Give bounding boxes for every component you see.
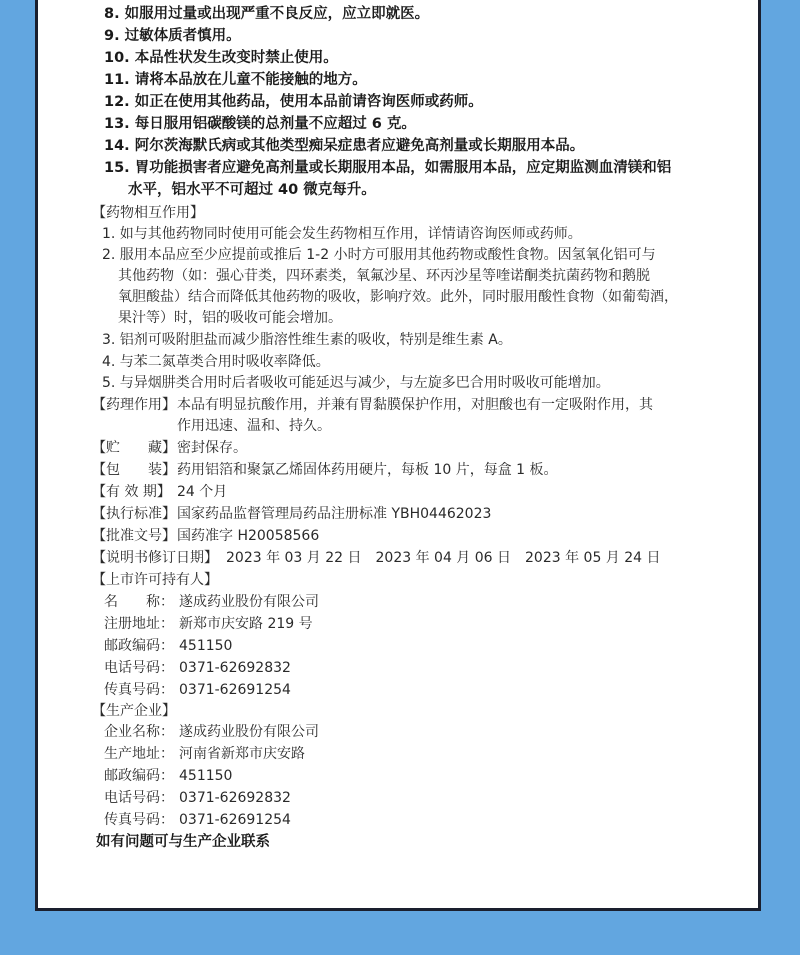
contact-note: 如有问题可与生产企业联系 [96,832,270,852]
holder-field-value: 遂成药业股份有限公司 [179,592,319,612]
precaution-item: 14. 阿尔茨海默氏病或其他类型痴呆症患者应避免高剂量或长期服用本品。 [104,136,584,156]
manufacturer-field-value: 河南省新郑市庆安路 [179,744,305,764]
label-storage: 【贮 藏】 [92,438,176,458]
precaution-item: 13. 每日服用铝碳酸镁的总剂量不应超过 6 克。 [104,114,416,134]
precaution-item: 10. 本品性状发生改变时禁止使用。 [104,48,338,68]
interaction-item: 3. 铝剂可吸附胆盐而减少脂溶性维生素的吸收，特别是维生素 A。 [102,330,512,350]
precaution-item: 11. 请将本品放在儿童不能接触的地方。 [104,70,367,90]
value-validity: 24 个月 [177,482,227,502]
holder-field-value: 新郑市庆安路 219 号 [179,614,313,634]
value-approval: 国药准字 H20058566 [177,526,319,546]
interaction-item: 5. 与异烟肼类合用时后者吸收可能延迟与减少，与左旋多巴合用时吸收可能增加。 [102,373,610,393]
label-approval: 【批准文号】 [92,526,176,546]
interaction-item: 4. 与苯二氮䓬类合用时吸收率降低。 [102,352,330,372]
precaution-item-continued: 水平，铝水平不可超过 40 微克每升。 [128,180,376,200]
manufacturer-field-value: 遂成药业股份有限公司 [179,722,319,742]
manufacturer-field-value: 0371-62691254 [179,810,291,830]
value-pharmacology: 本品有明显抗酸作用，并兼有胃黏膜保护作用，对胆酸也有一定吸附作用，其 [177,395,653,415]
section-heading-holder: 【上市许可持有人】 [92,570,218,590]
precaution-item: 15. 胃功能损害者应避免高剂量或长期服用本品，如需服用本品，应定期监测血清镁和… [104,158,671,178]
interaction-item-continued: 其他药物（如：强心苷类，四环素类，氧氟沙星、环丙沙星等喹诺酮类抗菌药物和鹅脱 [118,266,650,286]
holder-field-value: 451150 [179,636,232,656]
manufacturer-field-key: 企业名称： [104,722,174,742]
precaution-item: 9. 过敏体质者慎用。 [104,26,241,46]
manufacturer-field-key: 邮政编码： [104,766,174,786]
value-revision-date: 2023 年 03 月 22 日 2023 年 04 月 06 日 2023 年… [226,548,661,568]
holder-field-key: 传真号码： [104,680,174,700]
value-packaging: 药用铝箔和聚氯乙烯固体药用硬片，每板 10 片，每盒 1 板。 [177,460,558,480]
section-heading-manufacturer: 【生产企业】 [92,701,176,721]
manufacturer-field-key: 传真号码： [104,810,174,830]
holder-field-value: 0371-62692832 [179,658,291,678]
label-pharmacology: 【药理作用】 [92,395,176,415]
value-storage: 密封保存。 [177,438,247,458]
precaution-item: 12. 如正在使用其他药品，使用本品前请咨询医师或药师。 [104,92,483,112]
interaction-item: 1. 如与其他药物同时使用可能会发生药物相互作用，详情请咨询医师或药师。 [102,224,582,244]
holder-field-key: 注册地址： [104,614,174,634]
label-packaging: 【包 装】 [92,460,176,480]
interaction-item-continued: 氧胆酸盐）结合而降低其他药物的吸收，影响疗效。此外，同时服用酸性食物（如葡萄酒， [118,287,678,307]
precaution-item: 8. 如服用过量或出现严重不良反应，应立即就医。 [104,4,429,24]
manufacturer-field-value: 0371-62692832 [179,788,291,808]
holder-field-value: 0371-62691254 [179,680,291,700]
manufacturer-field-key: 生产地址： [104,744,174,764]
label-validity: 【有 效 期】 [92,482,171,502]
value-pharmacology-continued: 作用迅速、温和、持久。 [177,416,331,436]
section-heading-interactions: 【药物相互作用】 [92,203,204,223]
holder-field-key: 邮政编码： [104,636,174,656]
label-standard: 【执行标准】 [92,504,176,524]
manufacturer-field-key: 电话号码： [104,788,174,808]
value-standard: 国家药品监督管理局药品注册标准 YBH04462023 [177,504,491,524]
manufacturer-field-value: 451150 [179,766,232,786]
interaction-item: 2. 服用本品应至少应提前或推后 1-2 小时方可服用其他药物或酸性食物。因氢氧… [102,245,656,265]
label-revision-date: 【说明书修订日期】 [92,548,218,568]
holder-field-key: 电话号码： [104,658,174,678]
holder-field-key: 名 称： [104,592,174,612]
interaction-item-continued: 果汁等）时，铝的吸收可能会增加。 [118,308,342,328]
